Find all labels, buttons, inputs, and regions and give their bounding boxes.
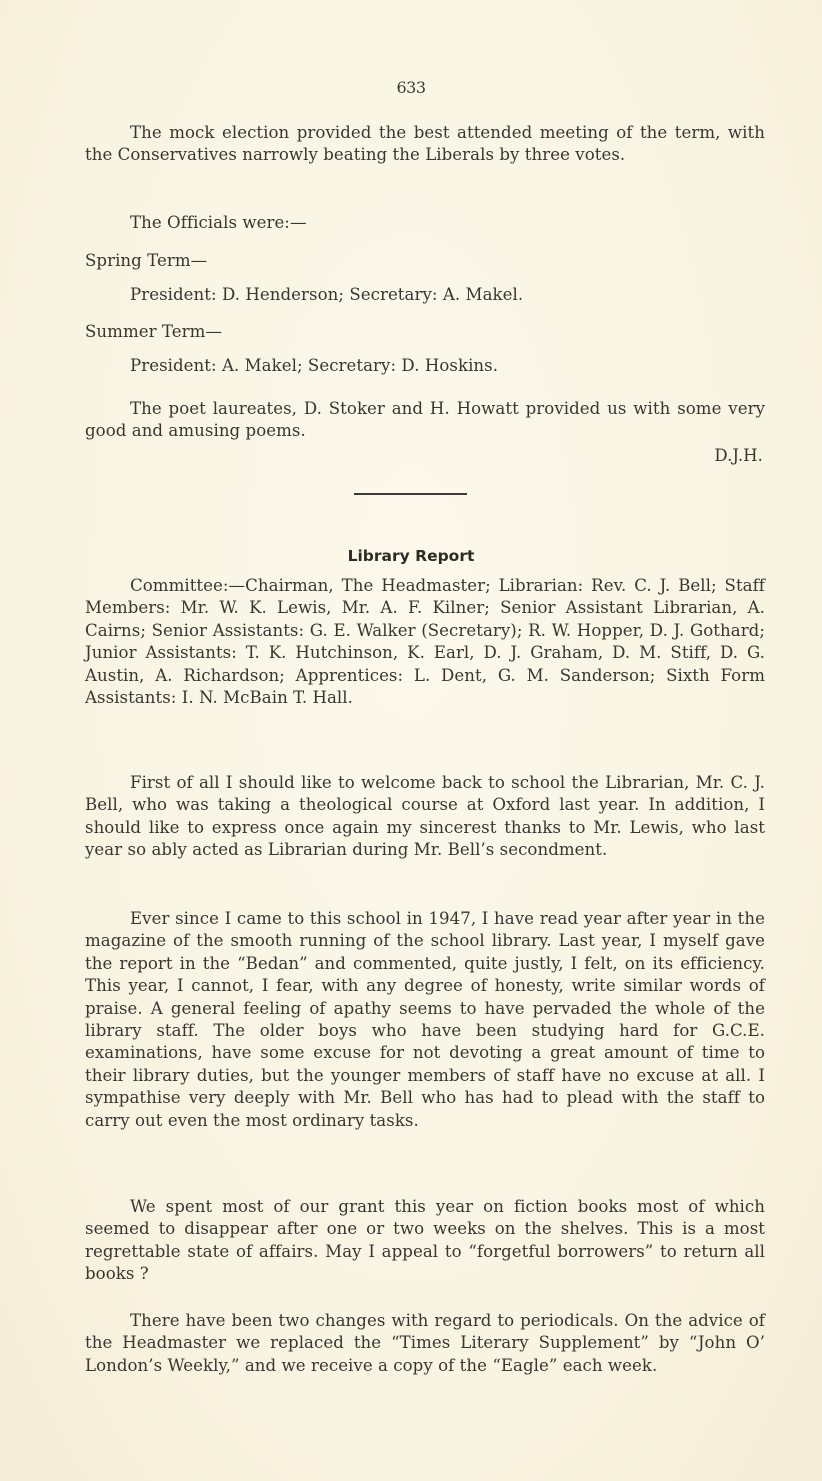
officials-intro: The Officials were:— xyxy=(85,212,765,234)
library-committee-paragraph: Committee:—Chairman, The Headmaster; Lib… xyxy=(85,575,765,709)
summer-term-label: Summer Term— xyxy=(85,321,765,343)
library-periodicals-paragraph: There have been two changes with regard … xyxy=(85,1310,765,1377)
summer-term-officials: President: A. Makel; Secretary: D. Hoski… xyxy=(85,355,765,377)
section-divider xyxy=(354,493,467,495)
mock-election-paragraph: The mock election provided the best atte… xyxy=(85,122,765,167)
poets-paragraph: The poet laureates, D. Stoker and H. How… xyxy=(85,398,765,467)
section-title: Library Report xyxy=(0,547,822,565)
page-number: 633 xyxy=(0,78,822,97)
library-apathy-paragraph: Ever since I came to this school in 1947… xyxy=(85,908,765,1132)
spring-term-label: Spring Term— xyxy=(85,250,765,272)
document-page: 633 The mock election provided the best … xyxy=(0,0,822,1481)
paragraph: The mock election provided the best atte… xyxy=(85,122,765,167)
library-grant-paragraph: We spent most of our grant this year on … xyxy=(85,1196,765,1286)
spring-term-officials: President: D. Henderson; Secretary: A. M… xyxy=(85,284,765,306)
library-welcome-paragraph: First of all I should like to welcome ba… xyxy=(85,772,765,862)
signature: D.J.H. xyxy=(85,445,765,467)
